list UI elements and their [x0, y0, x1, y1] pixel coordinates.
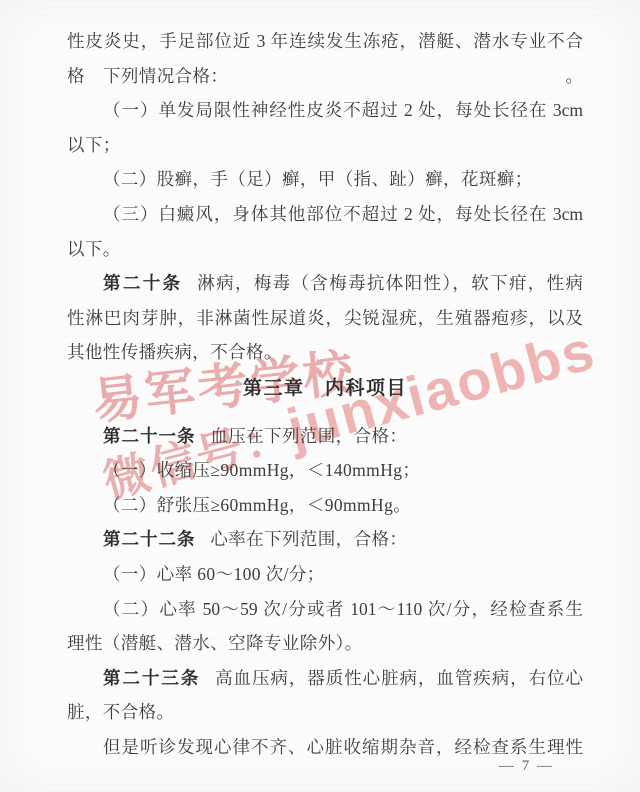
document-body: 性皮炎史，手足部位近 3 年连续发生冻疮，潜艇、潜水专业不合格。 下列情况合格：… — [67, 24, 583, 764]
text-line: （二）心率 50～59 次/分或者 101～110 次/分，经检查系生 — [67, 592, 583, 627]
text-line: 第二十条淋病，梅毒（含梅毒抗体阳性），软下疳，性病 — [67, 266, 583, 301]
article-number: 第二十二条 — [103, 529, 196, 549]
page-number: — 7 — — [499, 758, 554, 775]
text-line: （二）股癣，手（足）癣，甲（指、趾）癣，花斑癣； — [67, 162, 583, 197]
text-line: 脏，不合格。 — [67, 695, 583, 730]
text-line: 第二十一条血压在下列范围，合格： — [67, 419, 583, 454]
text-line: （一）收缩压≥90mmHg，＜140mmHg； — [67, 453, 583, 488]
chapter-heading: 第三章 内科项目 — [67, 372, 583, 407]
text-line: 其他性传播疾病，不合格。 — [67, 335, 583, 370]
text-line: 性皮炎史，手足部位近 3 年连续发生冻疮，潜艇、潜水专业不合格。 — [67, 24, 583, 59]
article-number: 第二十一条 — [103, 426, 196, 446]
text-line: （三）白癜风，身体其他部位不超过 2 处，每处长径在 3cm — [67, 197, 583, 232]
text-line: 第二十三条高血压病，器质性心脏病，血管疾病，右位心 — [67, 661, 583, 696]
text-line: （一）单发局限性神经性皮炎不超过 2 处，每处长径在 3cm — [67, 93, 583, 128]
text-line: 理性（潜艇、潜水、空降专业除外）。 — [67, 626, 583, 661]
text-line: 第二十二条心率在下列范围，合格： — [67, 522, 583, 557]
text-line: （一）心率 60～100 次/分； — [67, 557, 583, 592]
article-number: 第二十条 — [103, 273, 182, 293]
text-line: 性淋巴肉芽肿，非淋菌性尿道炎，尖锐湿疣，生殖器疱疹，以及 — [67, 301, 583, 336]
scanned-document-page: 易军考学校 微信号：junxiaobbs 性皮炎史，手足部位近 3 年连续发生冻… — [0, 0, 640, 792]
text-line: （二）舒张压≥60mmHg，＜90mmHg。 — [67, 488, 583, 523]
text-line: 以下。 — [67, 232, 583, 267]
text-line: 以下； — [67, 128, 583, 163]
article-number: 第二十三条 — [103, 668, 200, 688]
